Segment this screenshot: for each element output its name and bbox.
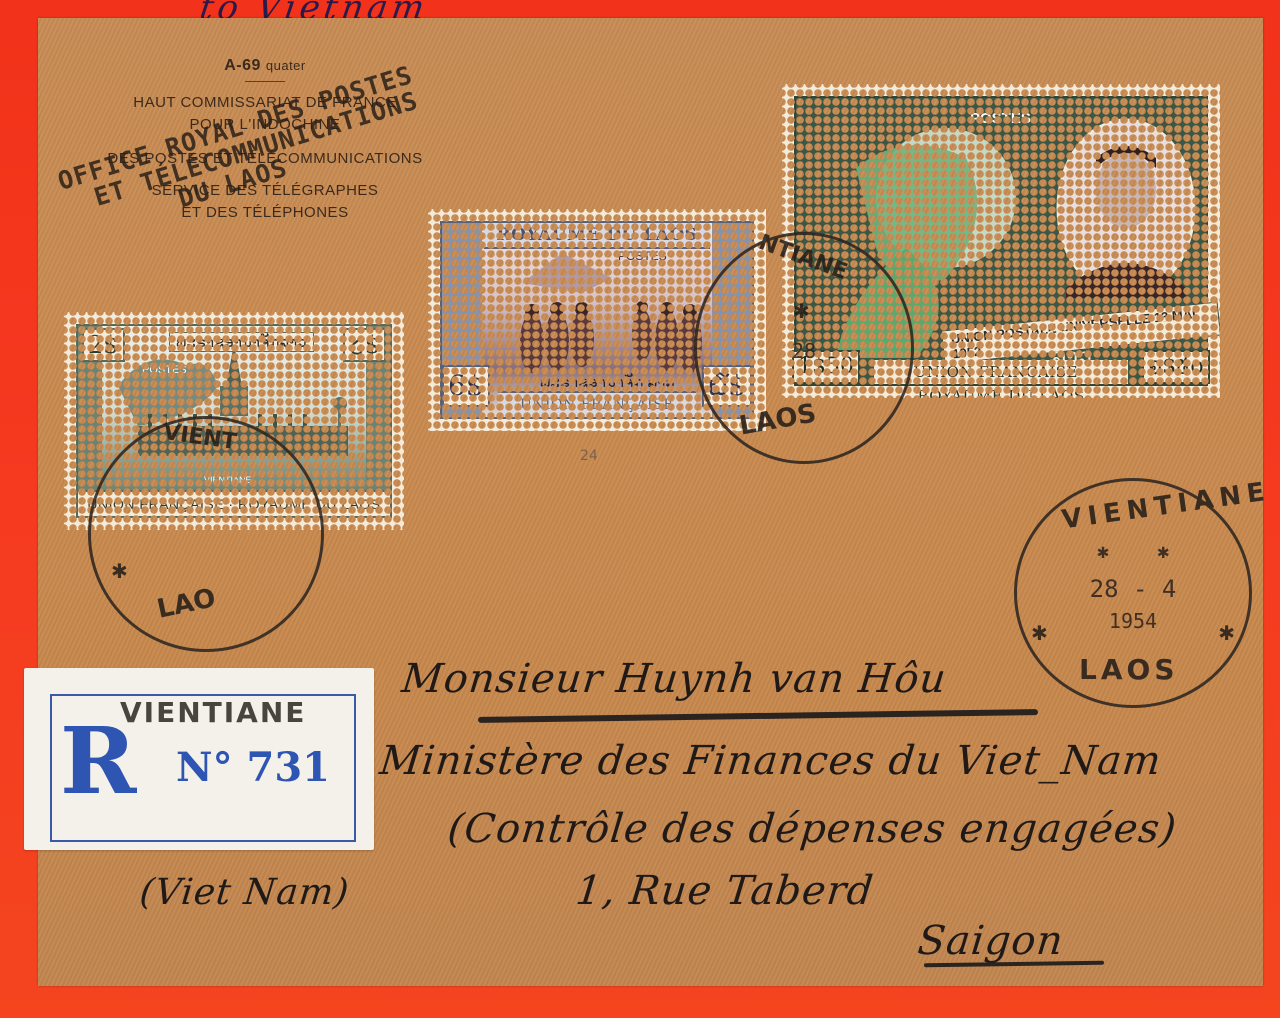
address-line-city: Saigon — [916, 918, 1066, 964]
stamp-top-text: ROYAUME DU LAOS — [484, 223, 710, 249]
stamp-value-left: 2$ — [82, 328, 125, 362]
stamp-lao-script-1: ພະຣາຊອານາຈັກ — [1032, 316, 1184, 342]
pencil-note: 24 — [580, 448, 598, 464]
stamp-postes-label: POSTES — [618, 249, 667, 263]
stamp-value-right: ໑$໕໐ — [1142, 350, 1210, 384]
address-country-note: (Viet Nam) — [138, 872, 352, 913]
postmark-vientiane-2: NTIANE 28 LAOS ✱ — [694, 232, 914, 464]
postmark-vientiane-3: VIENTIANE ✱ ✱ 28 - 4 1954 LAOS ✱ ✱ — [1014, 478, 1252, 708]
stamp-value-right: ໒$ — [343, 328, 386, 362]
stamp-value-left: 6$ — [442, 365, 490, 407]
address-line-addressee: Monsieur Huynh van Hôu — [400, 656, 949, 702]
address-line-department: (Contrôle des dépenses engagées) — [446, 806, 1180, 852]
postmark-vientiane-1: VIENT LAO ✱ — [88, 416, 324, 652]
stamp-lao-script: ພະຣາຊອານາຈັກ ລາວ — [540, 373, 675, 391]
star-icon: ✱ — [111, 559, 128, 583]
postmark-date: 28 - 4 — [1017, 575, 1249, 603]
registration-number: N° 731 — [176, 744, 330, 791]
registration-label: R N° 731 VIENTIANE — [24, 668, 374, 850]
star-icon: ✱ — [793, 299, 810, 323]
stamp-postes-label: POSTES — [970, 110, 1031, 127]
address-line-street: 1, Rue Taberd — [574, 868, 876, 914]
address-line-ministry: Ministère des Finances du Viet_Nam — [378, 738, 1164, 784]
stamp-lao-script: ພະຣາຊອານາຈັກລາວ — [169, 332, 314, 352]
postmark-year: 1954 — [1017, 609, 1249, 633]
star-icon: ✱ — [1218, 621, 1235, 645]
stamp-postes-label: POSTES — [142, 364, 187, 376]
star-icon: ✱ — [1031, 621, 1048, 645]
registration-letter: R — [60, 716, 136, 806]
header-rule — [245, 81, 285, 82]
stamp-bottom-text: UNION FRANÇAISE — [498, 391, 696, 417]
star-icon: ✱ ✱ — [1017, 539, 1249, 563]
registration-town-stamp: VIENTIANE — [120, 696, 306, 729]
